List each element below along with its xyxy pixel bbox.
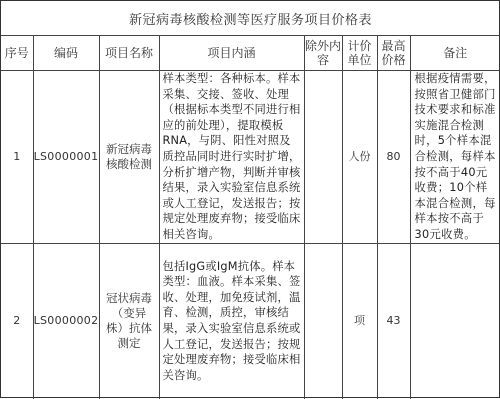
cell-note (410, 243, 500, 399)
cell-index: 1 (1, 71, 33, 244)
price-table-sheet: 新冠病毒核酸检测等医疗服务项目价格表 序号 编码 项目名称 项目内涵 除外内容 … (0, 0, 500, 398)
cell-max-price: 43 (377, 243, 410, 399)
header-note: 备注 (410, 36, 500, 71)
cell-index: 2 (1, 243, 33, 399)
table-row: 1 LS0000001 新冠病毒核酸检测 样本类型：各种标本。样本采集、交接、签… (1, 71, 500, 244)
cell-content: 包括IgG或IgM抗体。样本类型：血液。样本采集、签收、处理，加免疫试剂，温育、… (159, 243, 304, 399)
cell-unit: 项 (342, 243, 377, 399)
header-row: 序号 编码 项目名称 项目内涵 除外内容 计价单位 最高价格 备注 (1, 36, 500, 71)
header-index: 序号 (1, 36, 33, 71)
header-name: 项目名称 (99, 36, 159, 71)
header-code: 编码 (33, 36, 99, 71)
price-table: 新冠病毒核酸检测等医疗服务项目价格表 序号 编码 项目名称 项目内涵 除外内容 … (1, 1, 500, 399)
cell-max-price: 80 (377, 71, 410, 244)
cell-code: LS0000001 (33, 71, 99, 244)
cell-excluded (304, 243, 342, 399)
header-content: 项目内涵 (159, 36, 304, 71)
cell-note: 根据疫情需要，按照省卫健部门技术要求和标准实施混合检测时，5个样本混合检测，每样… (410, 71, 500, 244)
cell-content: 样本类型：各种标本。样本采集、交接、签收、处理（根据标本类型不同进行相应的前处理… (159, 71, 304, 244)
header-max-price: 最高价格 (377, 36, 410, 71)
cell-unit: 人份 (342, 71, 377, 244)
cell-code: LS0000002 (33, 243, 99, 399)
header-unit: 计价单位 (342, 36, 377, 71)
table-row: 2 LS0000002 冠状病毒（变异株）抗体测定 包括IgG或IgM抗体。样本… (1, 243, 500, 399)
table-title: 新冠病毒核酸检测等医疗服务项目价格表 (1, 1, 500, 36)
cell-excluded (304, 71, 342, 244)
cell-name: 新冠病毒核酸检测 (99, 71, 159, 244)
header-excluded: 除外内容 (304, 36, 342, 71)
cell-name: 冠状病毒（变异株）抗体测定 (99, 243, 159, 399)
